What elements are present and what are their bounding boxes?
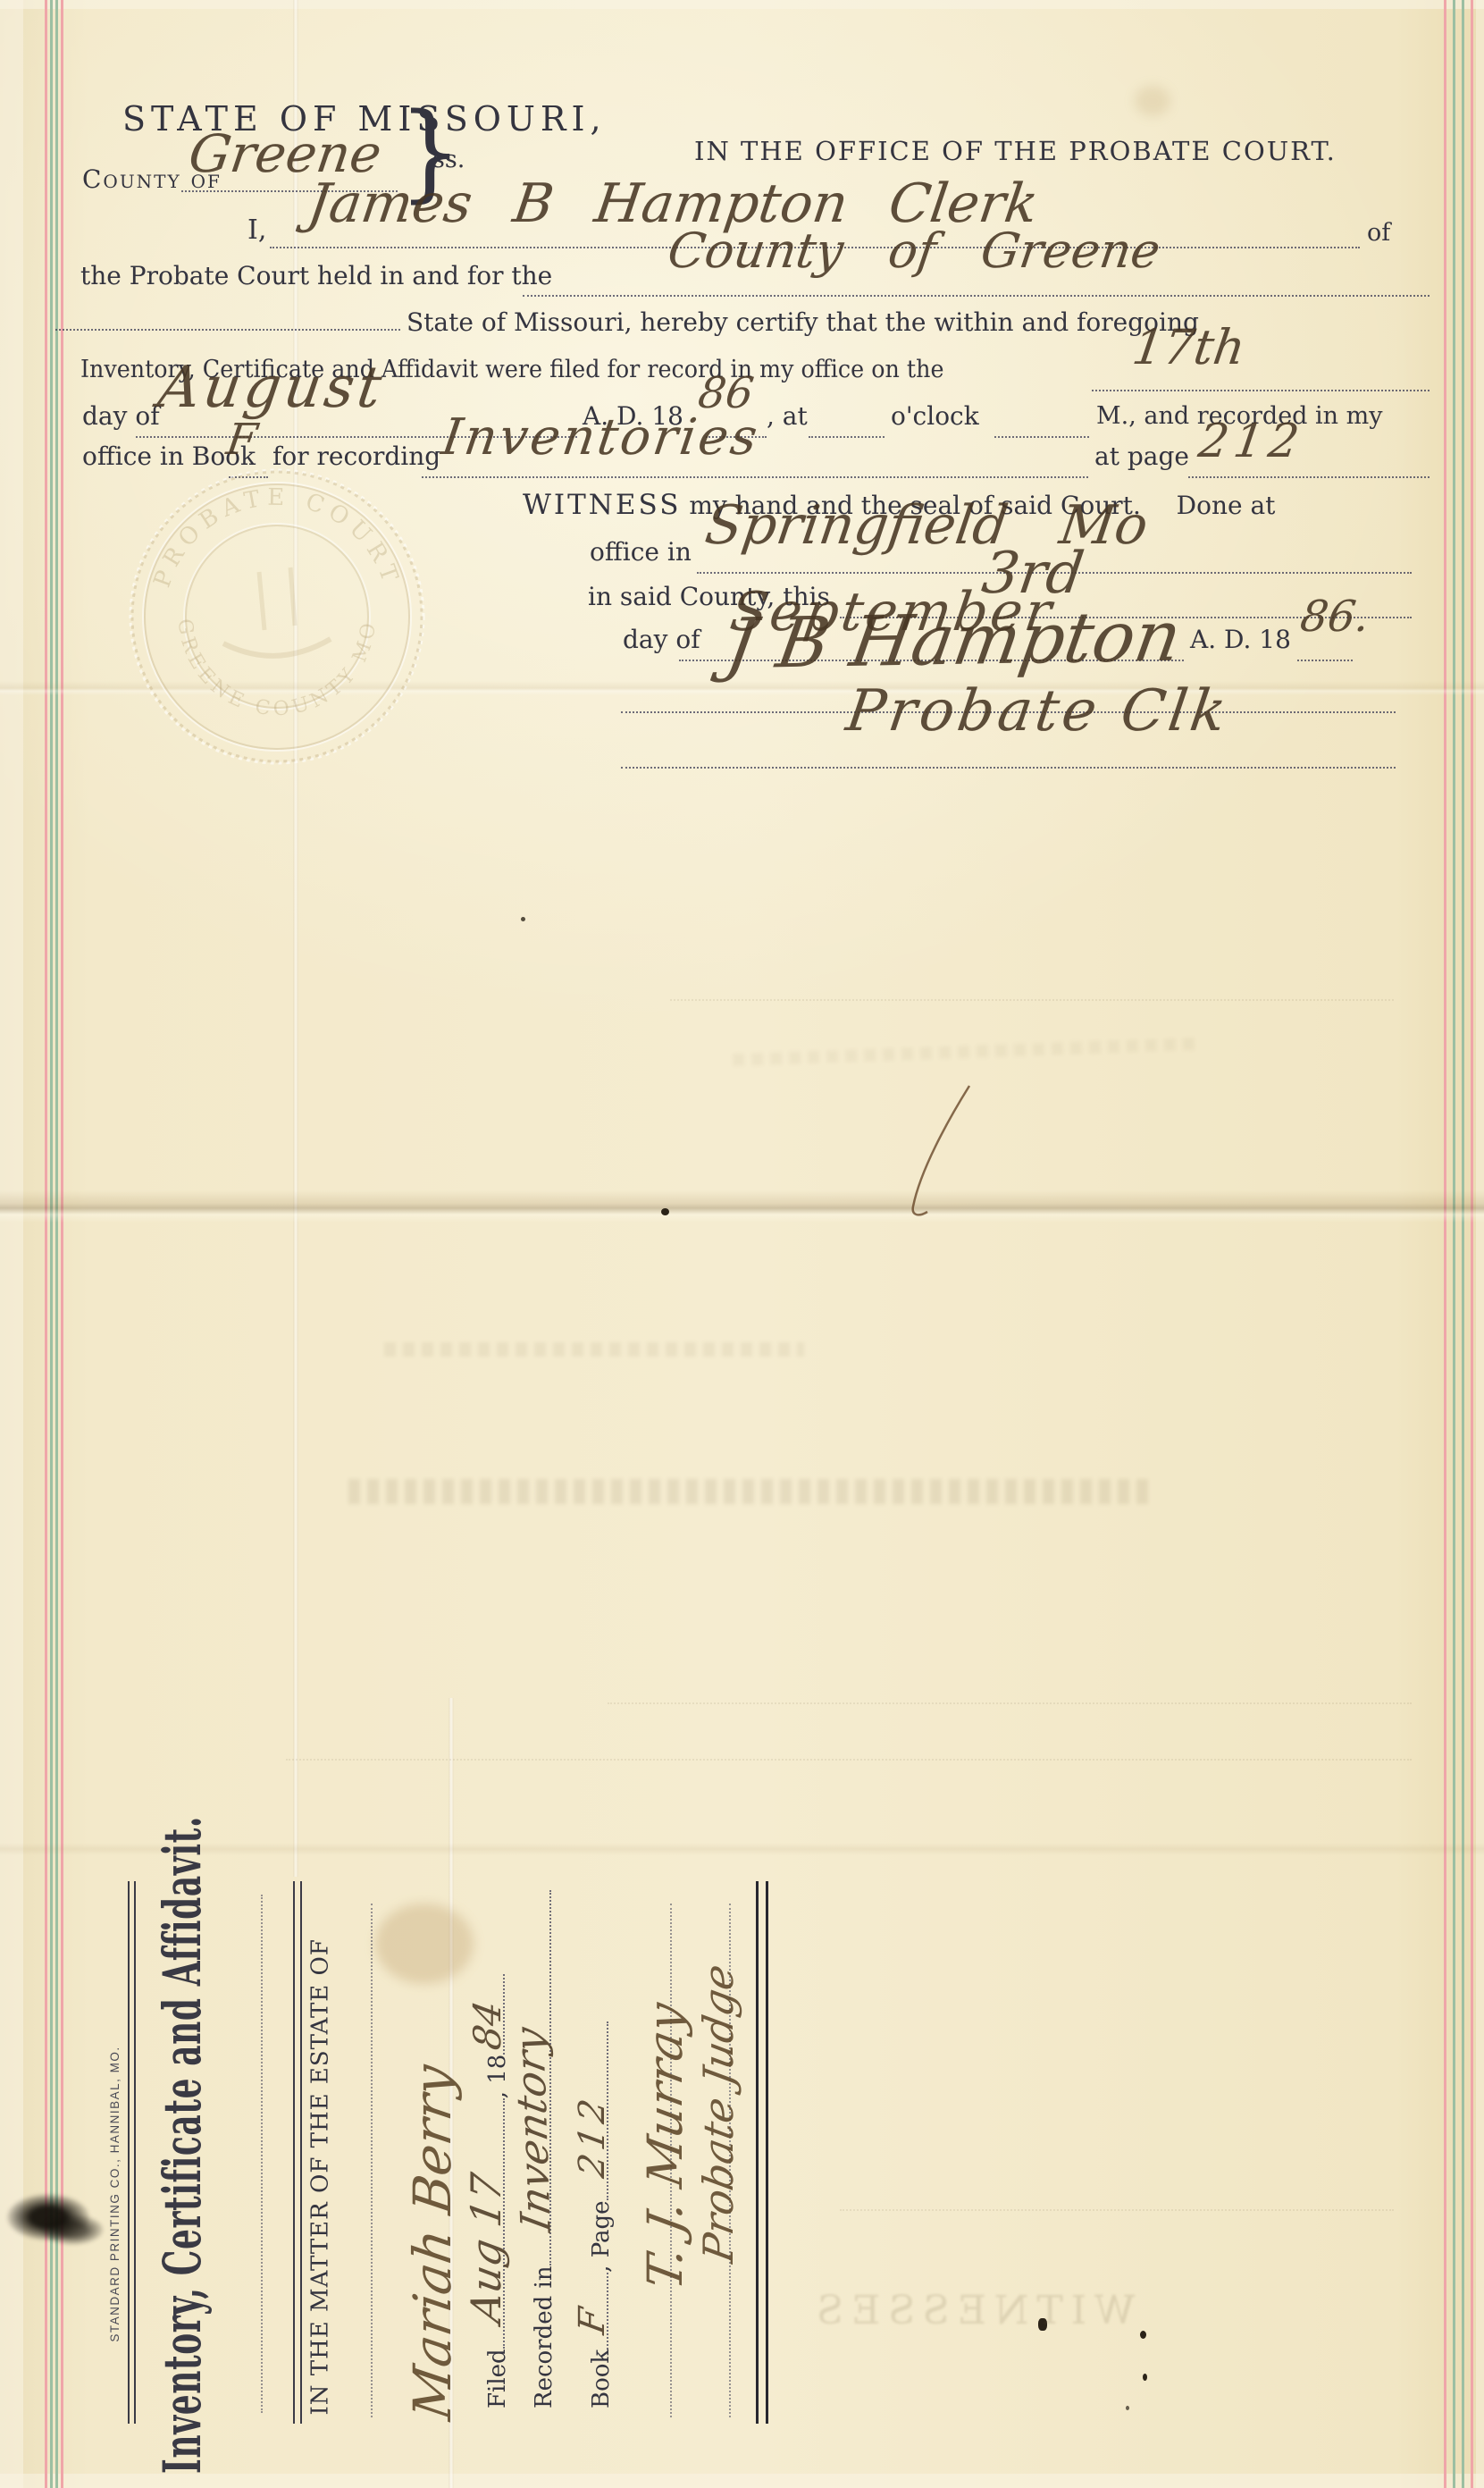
scan-edge-right	[1476, 0, 1484, 2488]
scanned-document-page: STATE OF MISSOURI, County of Greene } ss…	[0, 0, 1484, 2488]
witness-word: WITNESS	[523, 489, 681, 521]
oclock-label: o'clock	[891, 402, 979, 431]
recording-line	[422, 476, 1088, 478]
docket-estate-name-handwritten: Mariah Berry	[407, 2060, 469, 2426]
bleed-through-heading	[348, 1479, 1153, 1504]
docket-printer-credit: STANDARD PRINTING CO., HANNIBAL, MO.	[108, 2060, 126, 2328]
year2-handwritten: 86.	[1298, 595, 1372, 638]
filed-month-handwritten: August	[155, 359, 389, 416]
bleed-through-script	[733, 1038, 1197, 1066]
pen-scratch-mark	[885, 1081, 992, 1233]
docket-estate-name-text: Mariah Berry	[407, 2062, 458, 2423]
bleed-through-line-small	[384, 1342, 804, 1357]
seal-text-bottom: GREENE COUNTY MO	[173, 618, 381, 721]
day-of-label: day of	[82, 402, 160, 431]
docket-rule-right-2	[766, 1881, 768, 2424]
embossed-court-seal: PROBATE COURT GREENE COUNTY MO	[125, 465, 429, 769]
book-value-handwritten: F	[224, 418, 260, 461]
docket-rule-left-1	[128, 1881, 130, 2424]
docket-title-text: Inventory, Certificate and Affidavit.	[152, 1816, 213, 2474]
clerk-signature-title-handwritten: Probate Clk	[843, 683, 1233, 740]
docket-rule-mid-1	[293, 1881, 295, 2424]
ghost-rule-1	[670, 999, 1394, 1001]
ledger-stripe-pink-left-inner	[61, 0, 63, 2488]
ledger-stripe-pink-right-inner	[1444, 0, 1446, 2488]
docket-filed-value-handwritten: Aug 17	[465, 2171, 507, 2326]
docket-title: Inventory, Certificate and Affidavit.	[152, 1873, 227, 2417]
ledger-stripe-green-left-2	[55, 0, 58, 2488]
fold-crease-horizontal-lower	[0, 1843, 1484, 1855]
scan-edge-bottom	[0, 2474, 1484, 2488]
office-heading: IN THE OFFICE OF THE PROBATE COURT.	[694, 137, 1337, 166]
page-value-line	[1188, 476, 1430, 478]
ledger-stripe-pink-right-outer	[1471, 0, 1473, 2488]
docket-judge-title-handwritten: Probate Judge	[698, 1940, 742, 2288]
docket-rule-right-1	[756, 1881, 759, 2424]
seal-text-top: PROBATE COURT	[149, 484, 406, 592]
clerk-signature-handwritten: J B Hampton	[722, 602, 1186, 680]
signature-title-line	[621, 767, 1396, 769]
docket-matter-text: IN THE MATTER OF THE ESTATE OF	[307, 1938, 334, 2415]
ghost-rule-4	[840, 2209, 1394, 2211]
docket-page-leader: 212	[583, 2021, 608, 2200]
docket-filed-label: Filed	[484, 2349, 511, 2408]
ss-label: ss.	[432, 146, 465, 173]
certify-lead-line	[55, 329, 400, 331]
ink-speck-5	[1143, 2374, 1147, 2381]
docket-book-row: Book F , Page 212	[583, 1890, 625, 2408]
docket-estate-name-line	[371, 1904, 373, 2417]
docket-recorded-value-handwritten: Inventory	[508, 2025, 557, 2234]
filed-day-handwritten: 17th	[1129, 324, 1248, 372]
ledger-stripe-green-left-1	[50, 0, 53, 2488]
ghost-rule-2	[608, 1702, 1412, 1704]
docket-filed-leader: Aug 17	[480, 2098, 505, 2349]
ink-speck-1	[661, 1208, 669, 1215]
meridiem-blank-line	[994, 436, 1089, 438]
office-in-label: office in	[590, 538, 692, 567]
held-value-line	[523, 295, 1430, 297]
docket-filed-year-handwritten: 84	[469, 1998, 507, 2053]
docket-page-value-handwritten: 212	[574, 2093, 610, 2181]
ink-speck-6	[1126, 2406, 1129, 2410]
held-value-handwritten: County of Greene	[665, 227, 1163, 275]
docket-judge-signature-text: T. J. Murray	[641, 1999, 690, 2292]
docket-recorded-label: Recorded in	[531, 2265, 558, 2408]
docket-rule-mid-2	[300, 1881, 302, 2424]
docket-book-value-handwritten: F	[574, 2306, 610, 2337]
docket-book-label: Book	[588, 2349, 615, 2408]
ad2-label: A. D. 18	[1190, 626, 1291, 654]
page-value-handwritten: 212	[1195, 418, 1307, 465]
docket-dotted-rule-1	[261, 1895, 263, 2413]
held-line: the Probate Court held in and for the	[80, 262, 552, 290]
paper-stain-docket	[375, 1904, 474, 1984]
ghost-rule-3	[286, 1759, 1412, 1761]
ink-smudge-left-edge-2	[41, 2215, 104, 2245]
done-at-label: Done at	[1177, 491, 1276, 520]
docket-page-label: , Page	[588, 2200, 615, 2272]
ink-speck-4	[1140, 2331, 1146, 2339]
paper-stain-top-right	[1135, 86, 1170, 116]
at-label: , at	[767, 402, 808, 431]
filed-day-line	[1092, 390, 1430, 391]
docket-recorded-leader: Inventory	[526, 1890, 551, 2265]
ledger-stripe-green-right-2	[1462, 0, 1464, 2488]
docket-book-leader: F	[583, 2273, 608, 2349]
certify-line: State of Missouri, hereby certify that t…	[407, 308, 1199, 337]
ledger-stripe-pink-left-outer	[45, 0, 47, 2488]
docket-rule-left-2	[134, 1881, 136, 2424]
bleed-through-witnesses: WITNESSES	[809, 2288, 1135, 2333]
i-label: I,	[247, 215, 266, 247]
of-label: of	[1367, 219, 1390, 247]
year2-line	[1297, 660, 1353, 661]
recording-value-handwritten: Inventories	[439, 413, 763, 463]
scan-edge-top	[0, 0, 1484, 9]
docket-recorded-row: Recorded in Inventory	[526, 1881, 567, 2408]
docket-judge-title-text: Probate Judge	[698, 1962, 739, 2265]
docket-filed-year-leader: 84	[480, 1974, 505, 2055]
scan-edge-left	[0, 0, 23, 2488]
docket-judge-signature-handwritten: T. J. Murray	[641, 1919, 695, 2375]
ink-speck-2	[521, 917, 525, 921]
docket-matter-label: IN THE MATTER OF THE ESTATE OF	[307, 1955, 343, 2416]
at-page-label: at page	[1094, 442, 1189, 471]
day-of2-label: day of	[623, 626, 700, 654]
oclock-blank-line	[809, 436, 885, 438]
docket-printer-text: STANDARD PRINTING CO., HANNIBAL, MO.	[108, 2046, 122, 2341]
fold-crease-horizontal-main	[0, 1190, 1484, 1223]
ledger-stripe-green-right-1	[1453, 0, 1455, 2488]
